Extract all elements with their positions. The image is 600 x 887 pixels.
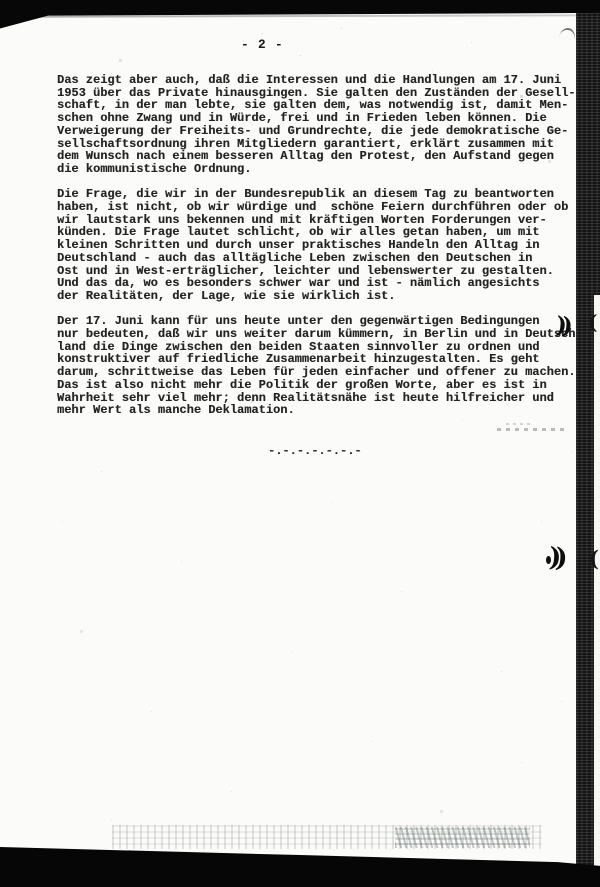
page-number: - 2 - (241, 38, 284, 52)
noise-band-cluster (395, 827, 530, 848)
text-line: kleinen Schritten und durch unser prakti… (57, 239, 592, 252)
smudge-mark (506, 423, 532, 425)
text-line: der Realitäten, der Lage, wie sie wirkli… (57, 290, 592, 303)
paragraph-1: Das zeigt aber auch, daß die Interessen … (57, 74, 592, 176)
page-edge-gap (594, 295, 600, 866)
text-line: Verweigerung der Freiheits- und Grundrec… (57, 125, 592, 138)
paragraph-3: Der 17. Juni kann für uns heute unter de… (57, 315, 592, 417)
document-text: Das zeigt aber auch, daß die Interessen … (57, 74, 592, 417)
text-line: mehr Wert als manche Deklamation. (57, 404, 592, 417)
pen-hook-mark (559, 26, 577, 41)
binder-hole-mark: )) (548, 543, 563, 574)
binder-hole-mark: )) (555, 311, 570, 339)
text-line: nur bedeuten, daß wir uns weiter darum k… (57, 328, 592, 341)
text-line: Das ist also nicht mehr die Politik der … (57, 379, 592, 392)
scanned-document-page: { "colors": { "paper": "#fbfbf9", "ink":… (0, 0, 600, 887)
text-line: darum, schrittweise das Leben für jeden … (57, 366, 592, 379)
paragraph-2: Die Frage, die wir in der Bundesrepublik… (57, 188, 592, 302)
text-line: Deutschland - auch das alltägliche Leben… (57, 252, 592, 265)
smudge-mark (497, 428, 569, 431)
binder-hole-mark: ( (589, 546, 599, 571)
binder-hole-mark: ( (588, 310, 597, 334)
text-line: schen ohne Zwang und in Würde, frei und … (57, 112, 592, 125)
text-line: haben, ist nicht, ob wir würdige und sch… (57, 201, 592, 214)
text-line: Das zeigt aber auch, daß die Interessen … (57, 74, 592, 87)
section-separator: -.-.-.-.-.-.- (268, 444, 362, 458)
text-line: die kommunistische Ordnung. (57, 163, 592, 176)
